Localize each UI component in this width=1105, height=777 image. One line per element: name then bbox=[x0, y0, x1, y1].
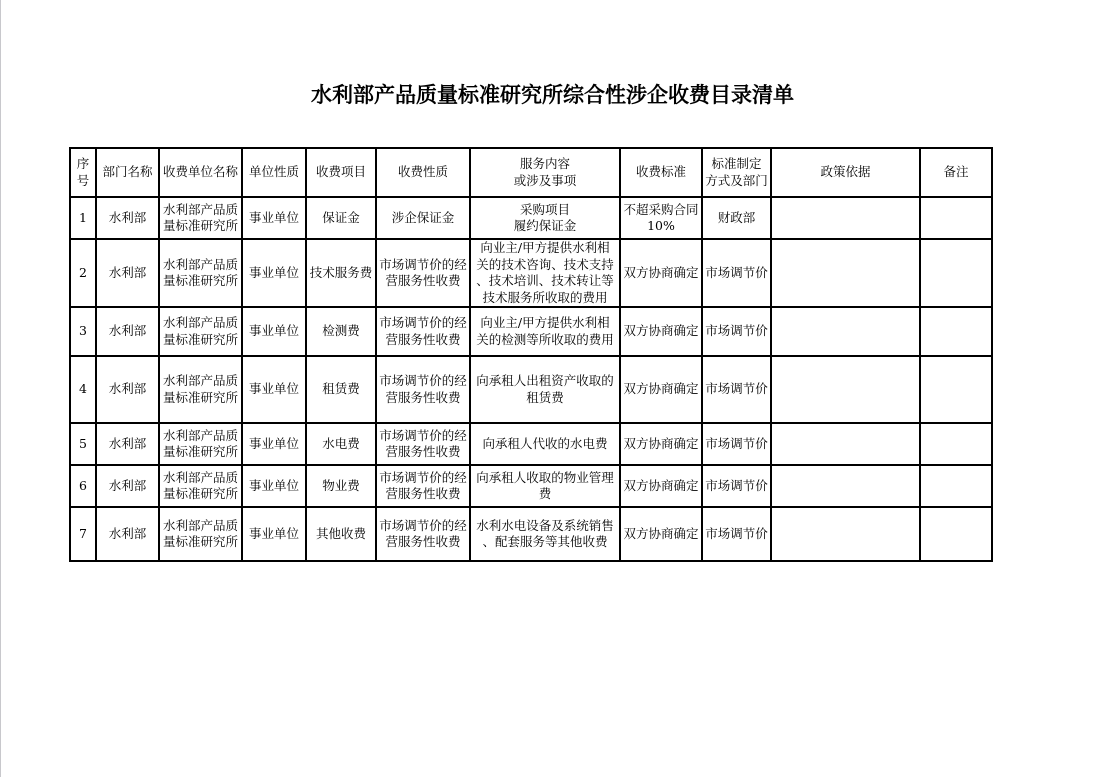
cell-unit: 水利部产品质 量标准研究所 bbox=[159, 423, 242, 465]
cell-remark bbox=[920, 197, 992, 239]
cell-dept: 水利部 bbox=[96, 239, 159, 307]
cell-nature: 市场调节价的经 营服务性收费 bbox=[376, 239, 470, 307]
table-row: 5 水利部 水利部产品质 量标准研究所 事业单位 水电费 市场调节价的经 营服务… bbox=[70, 423, 992, 465]
cell-method: 市场调节价 bbox=[702, 356, 771, 423]
cell-no: 5 bbox=[70, 423, 96, 465]
cell-item: 保证金 bbox=[306, 197, 376, 239]
cell-unit-type: 事业单位 bbox=[242, 307, 306, 356]
cell-unit: 水利部产品质 量标准研究所 bbox=[159, 507, 242, 561]
cell-item: 技术服务费 bbox=[306, 239, 376, 307]
cell-method: 市场调节价 bbox=[702, 507, 771, 561]
cell-dept: 水利部 bbox=[96, 197, 159, 239]
cell-remark bbox=[920, 423, 992, 465]
cell-method: 市场调节价 bbox=[702, 423, 771, 465]
cell-remark bbox=[920, 465, 992, 507]
cell-standard: 双方协商确定 bbox=[620, 356, 702, 423]
cell-dept: 水利部 bbox=[96, 507, 159, 561]
cell-remark bbox=[920, 507, 992, 561]
cell-unit: 水利部产品质 量标准研究所 bbox=[159, 197, 242, 239]
cell-no: 7 bbox=[70, 507, 96, 561]
header-dept: 部门名称 bbox=[96, 148, 159, 197]
cell-standard: 不超采购合同 10% bbox=[620, 197, 702, 239]
cell-no: 2 bbox=[70, 239, 96, 307]
cell-item: 物业费 bbox=[306, 465, 376, 507]
cell-content: 采购项目 履约保证金 bbox=[470, 197, 620, 239]
cell-nature: 涉企保证金 bbox=[376, 197, 470, 239]
cell-unit-type: 事业单位 bbox=[242, 197, 306, 239]
header-unit-type: 单位性质 bbox=[242, 148, 306, 197]
header-content: 服务内容 或涉及事项 bbox=[470, 148, 620, 197]
cell-content: 向承租人出租资产收取的 租赁费 bbox=[470, 356, 620, 423]
cell-item: 检测费 bbox=[306, 307, 376, 356]
cell-nature: 市场调节价的经 营服务性收费 bbox=[376, 356, 470, 423]
cell-content: 向业主/甲方提供水利相 关的检测等所收取的费用 bbox=[470, 307, 620, 356]
cell-unit-type: 事业单位 bbox=[242, 507, 306, 561]
cell-remark bbox=[920, 239, 992, 307]
table-row: 4 水利部 水利部产品质 量标准研究所 事业单位 租赁费 市场调节价的经 营服务… bbox=[70, 356, 992, 423]
table-row: 6 水利部 水利部产品质 量标准研究所 事业单位 物业费 市场调节价的经 营服务… bbox=[70, 465, 992, 507]
cell-content: 向承租人收取的物业管理 费 bbox=[470, 465, 620, 507]
cell-dept: 水利部 bbox=[96, 356, 159, 423]
cell-dept: 水利部 bbox=[96, 465, 159, 507]
cell-method: 市场调节价 bbox=[702, 465, 771, 507]
cell-policy bbox=[771, 423, 920, 465]
cell-item: 水电费 bbox=[306, 423, 376, 465]
cell-standard: 双方协商确定 bbox=[620, 507, 702, 561]
cell-no: 4 bbox=[70, 356, 96, 423]
cell-policy bbox=[771, 307, 920, 356]
document-title: 水利部产品质量标准研究所综合性涉企收费目录清单 bbox=[0, 80, 1105, 110]
cell-policy bbox=[771, 465, 920, 507]
cell-nature: 市场调节价的经 营服务性收费 bbox=[376, 307, 470, 356]
cell-method: 市场调节价 bbox=[702, 307, 771, 356]
cell-standard: 双方协商确定 bbox=[620, 239, 702, 307]
table-header-row: 序 号 部门名称 收费单位名称 单位性质 收费项目 收费性质 服务内容 或涉及事… bbox=[70, 148, 992, 197]
cell-nature: 市场调节价的经 营服务性收费 bbox=[376, 507, 470, 561]
cell-no: 3 bbox=[70, 307, 96, 356]
cell-remark bbox=[920, 356, 992, 423]
header-item: 收费项目 bbox=[306, 148, 376, 197]
cell-policy bbox=[771, 356, 920, 423]
cell-unit: 水利部产品质 量标准研究所 bbox=[159, 356, 242, 423]
header-no: 序 号 bbox=[70, 148, 96, 197]
cell-unit: 水利部产品质 量标准研究所 bbox=[159, 239, 242, 307]
cell-no: 1 bbox=[70, 197, 96, 239]
cell-content: 水利水电设备及系统销售 、配套服务等其他收费 bbox=[470, 507, 620, 561]
cell-item: 租赁费 bbox=[306, 356, 376, 423]
fee-catalog-table: 序 号 部门名称 收费单位名称 单位性质 收费项目 收费性质 服务内容 或涉及事… bbox=[69, 147, 993, 562]
cell-policy bbox=[771, 239, 920, 307]
table-row: 1 水利部 水利部产品质 量标准研究所 事业单位 保证金 涉企保证金 采购项目 … bbox=[70, 197, 992, 239]
table-row: 7 水利部 水利部产品质 量标准研究所 事业单位 其他收费 市场调节价的经 营服… bbox=[70, 507, 992, 561]
cell-nature: 市场调节价的经 营服务性收费 bbox=[376, 465, 470, 507]
cell-dept: 水利部 bbox=[96, 307, 159, 356]
header-method: 标准制定 方式及部门 bbox=[702, 148, 771, 197]
cell-unit: 水利部产品质 量标准研究所 bbox=[159, 307, 242, 356]
table-body: 1 水利部 水利部产品质 量标准研究所 事业单位 保证金 涉企保证金 采购项目 … bbox=[70, 197, 992, 561]
cell-unit-type: 事业单位 bbox=[242, 356, 306, 423]
page-left-edge bbox=[0, 0, 1, 777]
header-policy: 政策依据 bbox=[771, 148, 920, 197]
header-standard: 收费标准 bbox=[620, 148, 702, 197]
cell-unit-type: 事业单位 bbox=[242, 423, 306, 465]
cell-standard: 双方协商确定 bbox=[620, 423, 702, 465]
header-remark: 备注 bbox=[920, 148, 992, 197]
cell-item: 其他收费 bbox=[306, 507, 376, 561]
cell-unit-type: 事业单位 bbox=[242, 465, 306, 507]
cell-standard: 双方协商确定 bbox=[620, 307, 702, 356]
cell-content: 向业主/甲方提供水利相 关的技术咨询、技术支持 、技术培训、技术转让等 技术服务… bbox=[470, 239, 620, 307]
cell-unit: 水利部产品质 量标准研究所 bbox=[159, 465, 242, 507]
header-nature: 收费性质 bbox=[376, 148, 470, 197]
cell-content: 向承租人代收的水电费 bbox=[470, 423, 620, 465]
cell-standard: 双方协商确定 bbox=[620, 465, 702, 507]
table-row: 3 水利部 水利部产品质 量标准研究所 事业单位 检测费 市场调节价的经 营服务… bbox=[70, 307, 992, 356]
header-unit: 收费单位名称 bbox=[159, 148, 242, 197]
cell-dept: 水利部 bbox=[96, 423, 159, 465]
cell-remark bbox=[920, 307, 992, 356]
cell-nature: 市场调节价的经 营服务性收费 bbox=[376, 423, 470, 465]
cell-unit-type: 事业单位 bbox=[242, 239, 306, 307]
cell-policy bbox=[771, 197, 920, 239]
cell-method: 财政部 bbox=[702, 197, 771, 239]
cell-method: 市场调节价 bbox=[702, 239, 771, 307]
table-row: 2 水利部 水利部产品质 量标准研究所 事业单位 技术服务费 市场调节价的经 营… bbox=[70, 239, 992, 307]
cell-no: 6 bbox=[70, 465, 96, 507]
cell-policy bbox=[771, 507, 920, 561]
